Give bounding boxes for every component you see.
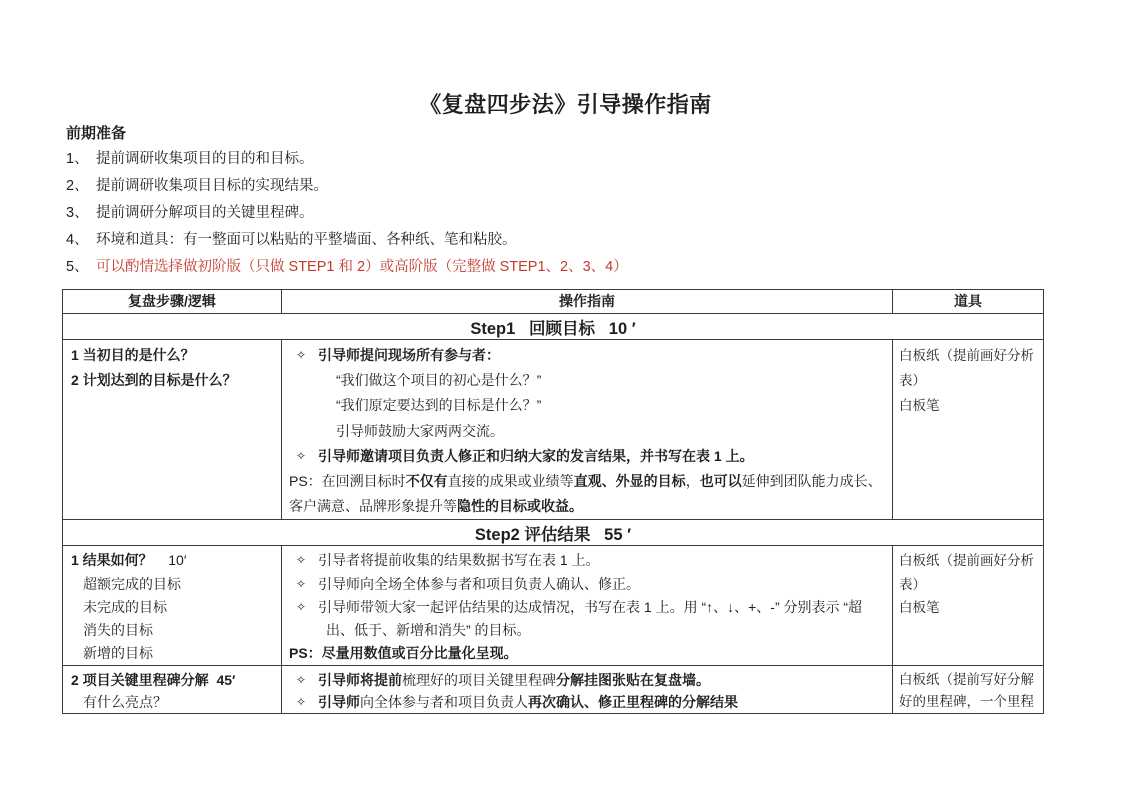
document-page: 《复盘四步法》引导操作指南 前期准备 1、 提前调研收集项目的目的和目标。 2、… [0, 0, 1131, 800]
guide-text: 引导师提问现场所有参与者： [318, 343, 884, 368]
cell-guide: ✧ 引导师将提前梳理好的项目关键里程碑分解挂图张贴在复盘墙。 ✧ 引导师向全体参… [282, 666, 893, 714]
props-line: 表） [899, 368, 1039, 393]
prep-section: 前期准备 1、 提前调研收集项目的目的和目标。 2、 提前调研收集项目目标的实现… [66, 121, 1071, 281]
step2-band-row: Step2 评估结果 55 ′ [63, 520, 1044, 546]
props-line: 白板纸（提前写好分解 [899, 669, 1039, 691]
list-number: 4、 [66, 227, 96, 254]
guide-ps-line: PS：尽量用数值或百分比量化呈现。 [288, 642, 884, 665]
guide-bullet-line: ✧ 引导师向全体参与者和项目负责人再次确认、修正里程碑的分解结果 [288, 691, 884, 713]
cell-logic: 1 结果如何？ 10′ 超额完成的目标 未完成的目标 消失的目标 新增的目标 [63, 546, 282, 666]
cell-props: 白板纸（提前写好分解 好的里程碑，一个里程 [893, 666, 1044, 714]
logic-sub-line: 超额完成的目标 [71, 573, 275, 596]
logic-sub-line: 有什么亮点？ [71, 691, 275, 713]
table-row-step2-milestones: 2 项目关键里程碑分解 45′ 有什么亮点？ ✧ 引导师将提前梳理好的项目关键里… [63, 666, 1044, 714]
props-line: 白板笔 [899, 393, 1039, 418]
logic-line: 2 计划达到的目标是什么？ [71, 368, 275, 393]
list-text: 提前调研分解项目的关键里程碑。 [96, 200, 1071, 227]
list-number: 1、 [66, 146, 96, 173]
props-line: 白板纸（提前画好分析 [899, 549, 1039, 572]
list-item: 2、 提前调研收集项目目标的实现结果。 [66, 173, 1071, 200]
logic-line: 1 结果如何？ 10′ [71, 549, 275, 572]
list-text: 提前调研收集项目的目的和目标。 [96, 146, 1071, 173]
list-number: 3、 [66, 200, 96, 227]
guide-ps-line: 客户满意、品牌形象提升等隐性的目标或收益。 [288, 494, 884, 519]
list-number: 2、 [66, 173, 96, 200]
props-line: 白板笔 [899, 596, 1039, 619]
diamond-bullet-icon: ✧ [288, 343, 318, 368]
step1-band-title: Step1 回顾目标 10 ′ [63, 314, 1044, 340]
guide-table: 复盘步骤/逻辑 操作指南 道具 Step1 回顾目标 10 ′ 1 当初目的是什… [62, 289, 1044, 714]
diamond-bullet-icon: ✧ [288, 549, 318, 572]
guide-sub-line: 引导师鼓励大家两两交流。 [288, 419, 884, 444]
diamond-bullet-icon: ✧ [288, 444, 318, 469]
step1-band-row: Step1 回顾目标 10 ′ [63, 314, 1044, 340]
logic-line: 1 当初目的是什么？ [71, 343, 275, 368]
list-text: 可以酌情选择做初阶版（只做 STEP1 和 2）或高阶版（完整做 STEP1、2… [96, 254, 1071, 281]
guide-bullet-line: ✧ 引导师邀请项目负责人修正和归纳大家的发言结果，并书写在表 1 上。 [288, 444, 884, 469]
list-item: 1、 提前调研收集项目的目的和目标。 [66, 146, 1071, 173]
cell-logic: 2 项目关键里程碑分解 45′ 有什么亮点？ [63, 666, 282, 714]
guide-text: 引导师邀请项目负责人修正和归纳大家的发言结果，并书写在表 1 上。 [318, 444, 884, 469]
step2-band-title: Step2 评估结果 55 ′ [63, 520, 1044, 546]
guide-bullet-line: ✧ 引导师带领大家一起评估结果的达成情况，书写在表 1 上。用 “↑、↓、+、-… [288, 596, 884, 619]
cell-logic: 1 当初目的是什么？ 2 计划达到的目标是什么？ [63, 340, 282, 520]
guide-text: 引导师将提前梳理好的项目关键里程碑分解挂图张贴在复盘墙。 [318, 669, 884, 691]
prep-heading: 前期准备 [66, 121, 1071, 146]
header-steps-logic: 复盘步骤/逻辑 [63, 290, 282, 314]
guide-bullet-line: ✧ 引导师提问现场所有参与者： [288, 343, 884, 368]
guide-text: 引导师带领大家一起评估结果的达成情况，书写在表 1 上。用 “↑、↓、+、-” … [318, 596, 884, 619]
guide-continuation-line: 出、低于、新增和消失” 的目标。 [288, 619, 884, 642]
guide-text: 引导师向全体参与者和项目负责人再次确认、修正里程碑的分解结果 [318, 691, 884, 713]
table-row-step2-results: 1 结果如何？ 10′ 超额完成的目标 未完成的目标 消失的目标 新增的目标 ✧… [63, 546, 1044, 666]
diamond-bullet-icon: ✧ [288, 596, 318, 619]
table-row-step1: 1 当初目的是什么？ 2 计划达到的目标是什么？ ✧ 引导师提问现场所有参与者：… [63, 340, 1044, 520]
header-props: 道具 [893, 290, 1044, 314]
diamond-bullet-icon: ✧ [288, 669, 318, 691]
list-item: 4、 环境和道具：有一整面可以粘贴的平整墙面、各种纸、笔和粘胶。 [66, 227, 1071, 254]
cell-props: 白板纸（提前画好分析 表） 白板笔 [893, 340, 1044, 520]
guide-sub-line: “我们原定要达到的目标是什么？” [288, 393, 884, 418]
cell-props: 白板纸（提前画好分析 表） 白板笔 [893, 546, 1044, 666]
list-item-highlighted: 5、 可以酌情选择做初阶版（只做 STEP1 和 2）或高阶版（完整做 STEP… [66, 254, 1071, 281]
guide-text: 引导师向全场全体参与者和项目负责人确认、修正。 [318, 573, 884, 596]
cell-guide: ✧ 引导者将提前收集的结果数据书写在表 1 上。 ✧ 引导师向全场全体参与者和项… [282, 546, 893, 666]
guide-sub-line: “我们做这个项目的初心是什么？” [288, 368, 884, 393]
props-line: 表） [899, 573, 1039, 596]
logic-sub-line: 未完成的目标 [71, 596, 275, 619]
logic-sub-line: 消失的目标 [71, 619, 275, 642]
guide-ps-line: PS：在回溯目标时不仅有直接的成果或业绩等直观、外显的目标，也可以延伸到团队能力… [288, 469, 884, 494]
list-number: 5、 [66, 254, 96, 281]
props-line: 好的里程碑，一个里程 [899, 691, 1039, 713]
list-text: 提前调研收集项目目标的实现结果。 [96, 173, 1071, 200]
logic-line: 2 项目关键里程碑分解 45′ [71, 669, 275, 691]
guide-bullet-line: ✧ 引导师将提前梳理好的项目关键里程碑分解挂图张贴在复盘墙。 [288, 669, 884, 691]
props-line: 白板纸（提前画好分析 [899, 343, 1039, 368]
cell-guide: ✧ 引导师提问现场所有参与者： “我们做这个项目的初心是什么？” “我们原定要达… [282, 340, 893, 520]
header-operation-guide: 操作指南 [282, 290, 893, 314]
list-item: 3、 提前调研分解项目的关键里程碑。 [66, 200, 1071, 227]
diamond-bullet-icon: ✧ [288, 691, 318, 713]
guide-bullet-line: ✧ 引导者将提前收集的结果数据书写在表 1 上。 [288, 549, 884, 572]
logic-sub-line: 新增的目标 [71, 642, 275, 665]
table-header-row: 复盘步骤/逻辑 操作指南 道具 [63, 290, 1044, 314]
guide-text: 引导者将提前收集的结果数据书写在表 1 上。 [318, 549, 884, 572]
list-text: 环境和道具：有一整面可以粘贴的平整墙面、各种纸、笔和粘胶。 [96, 227, 1071, 254]
page-title: 《复盘四步法》引导操作指南 [0, 88, 1131, 119]
guide-bullet-line: ✧ 引导师向全场全体参与者和项目负责人确认、修正。 [288, 573, 884, 596]
diamond-bullet-icon: ✧ [288, 573, 318, 596]
